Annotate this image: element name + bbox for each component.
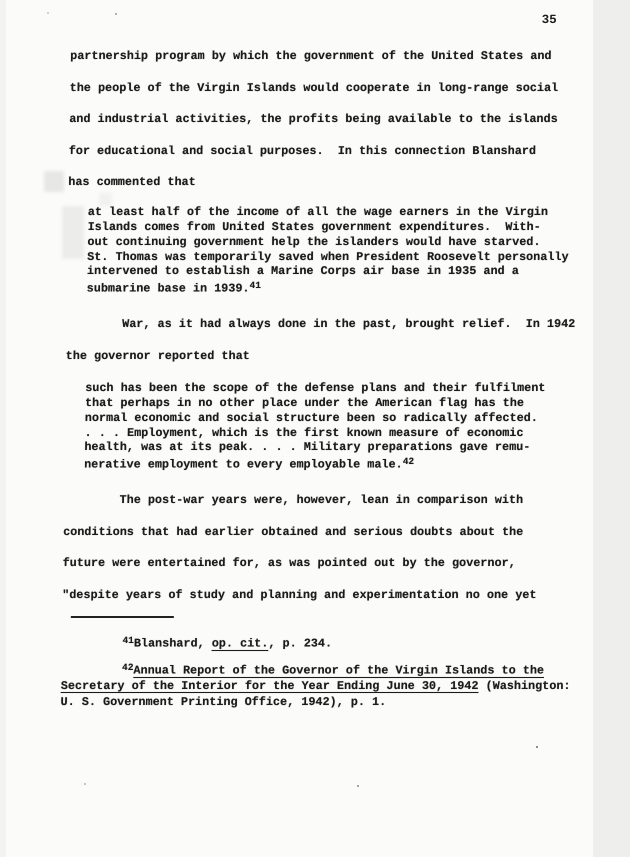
text-line: for educational and social purposes. In … xyxy=(69,136,558,168)
text-line: U. S. Government Printing Office, 1942),… xyxy=(60,695,570,711)
text-line: partnership program by which the governm… xyxy=(70,41,559,73)
footnote-marker-41: 41 xyxy=(122,635,134,646)
text-line: War, as it had always done in the past, … xyxy=(66,309,576,341)
footnote-ref-41: 41 xyxy=(250,280,262,291)
footnote-marker-42: 42 xyxy=(122,662,134,673)
text-line: future were entertained for, as was poin… xyxy=(62,548,537,580)
text-line: and industrial activities, the profits b… xyxy=(69,104,558,136)
text-line: that perhaps in no other place under the… xyxy=(85,396,545,411)
paragraph-3: The post-war years were, however, lean i… xyxy=(62,485,538,611)
text-line: normal economic and social structure bee… xyxy=(85,411,545,426)
footnote-text: (Washington: xyxy=(478,679,570,693)
text-line: Secretary of the Interior for the Year E… xyxy=(61,679,571,695)
text-line: health, was at its peak. . . . Military … xyxy=(84,440,544,455)
text-line: St. Thomas was temporarily saved when Pr… xyxy=(87,250,569,265)
footnote-separator xyxy=(71,616,174,618)
text-line: Islands comes from United States governm… xyxy=(88,220,570,235)
citation-underlined: op. cit. xyxy=(212,637,269,651)
text-line: 41Blanshard, op. cit., p. 234. xyxy=(61,633,332,652)
text-line: the governor reported that xyxy=(65,341,575,373)
blockquote-1: at least half of the income of all the w… xyxy=(87,205,570,297)
text-line: at least half of the income of all the w… xyxy=(88,205,570,220)
text-line: such has been the scope of the defense p… xyxy=(85,381,545,396)
paragraph-1: partnership program by which the governm… xyxy=(68,41,559,199)
citation-underlined: Annual Report of the Governor of the Vir… xyxy=(133,664,544,678)
text-line: conditions that had earlier obtained and… xyxy=(63,517,538,549)
page-content: 35 partnership program by which the gove… xyxy=(0,0,630,857)
paragraph-2: War, as it had always done in the past, … xyxy=(65,309,575,372)
text-line: nerative employment to every employable … xyxy=(84,455,544,472)
footnote-text: , p. 234. xyxy=(268,637,332,651)
footnote-ref-42: 42 xyxy=(403,456,415,467)
quote-text: nerative employment to every employable … xyxy=(84,458,403,472)
blockquote-2: such has been the scope of the defense p… xyxy=(84,381,546,473)
text-line: has commented that xyxy=(68,167,557,199)
text-line: intervened to establish a Marine Corps a… xyxy=(87,264,569,279)
text-line: The post-war years were, however, lean i… xyxy=(63,485,538,517)
quote-text: submarine base in 1939. xyxy=(87,282,250,296)
footnote-42: 42Annual Report of the Governor of the V… xyxy=(60,660,570,711)
page-number: 35 xyxy=(542,13,557,27)
citation-underlined: Secretary of the Interior for the Year E… xyxy=(61,679,479,693)
footnote-41: 41Blanshard, op. cit., p. 234. xyxy=(61,633,332,652)
text-line: out continuing government help the islan… xyxy=(87,235,569,250)
text-line: submarine base in 1939.41 xyxy=(87,279,569,296)
text-line: the people of the Virgin Islands would c… xyxy=(69,73,558,105)
footnote-text: Blanshard, xyxy=(134,637,212,651)
text-line: 42Annual Report of the Governor of the V… xyxy=(61,660,571,679)
text-line: "despite years of study and planning and… xyxy=(62,580,537,612)
scanned-page: 35 partnership program by which the gove… xyxy=(0,0,630,857)
text-line: . . . Employment, which is the first kno… xyxy=(84,426,544,441)
